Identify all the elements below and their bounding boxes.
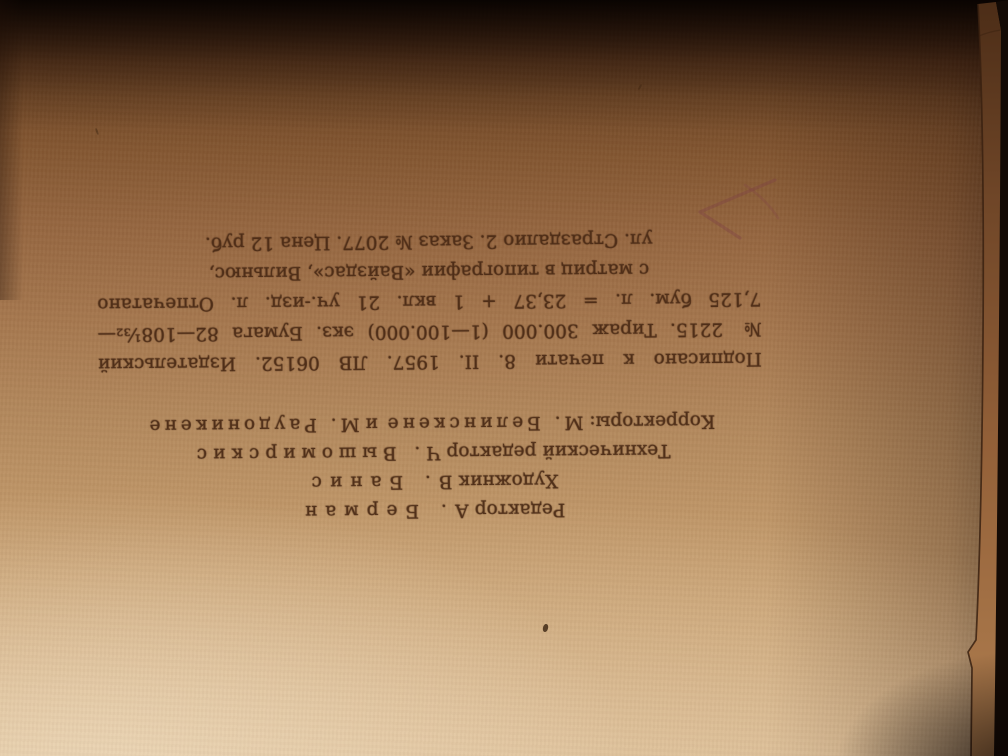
page-top-shadow — [0, 0, 1008, 130]
credit-conjunction: и — [365, 413, 378, 434]
printed-text-block: Редактор А. Берман Художник В. Банис Тех… — [97, 223, 764, 528]
credit-name: М. Раудоникене — [145, 414, 359, 437]
colophon-line-5: ул. Страздалио 2. Заказ № 2077. Цена 12 … — [97, 223, 761, 259]
credit-role: Редактор — [475, 499, 566, 521]
credit-technical-editor: Технический редактор Ч. Вышомирскис — [99, 435, 763, 470]
page-right-edge — [938, 0, 1008, 756]
credit-role: Корректоры: — [589, 411, 715, 433]
colophon-block: Подписано к печати 8. II. 1957. ЛВ 06152… — [97, 223, 762, 379]
credit-name: В. Банис — [303, 471, 452, 493]
colophon-line-2: № 2215. Тираж 300.000 (1—100.000) экз. Б… — [97, 313, 761, 349]
credit-proofreaders: Корректоры: М. Белинскене и М. Раудонике… — [98, 406, 762, 441]
credit-editor: Редактор А. Берман — [99, 493, 763, 528]
credit-name: М. Белинскене — [384, 412, 584, 435]
photo-frame: Редактор А. Берман Художник В. Банис Тех… — [0, 0, 1008, 756]
page-left-shade — [0, 0, 26, 300]
credit-role: Технический редактор — [446, 440, 670, 463]
credits-block: Редактор А. Берман Художник В. Банис Тех… — [98, 406, 763, 528]
credit-role: Художник — [458, 470, 558, 492]
credit-artist: Художник В. Банис — [99, 464, 763, 499]
colophon-line-3: 7,125 бум. л. = 23,37 + 1 вкл. 21 уч.-из… — [97, 283, 761, 319]
colophon-line-1: Подписано к печати 8. II. 1957. ЛВ 06152… — [98, 343, 762, 379]
credit-name: А. Берман — [297, 500, 469, 522]
credit-name: Ч. Вышомирскис — [191, 442, 441, 465]
